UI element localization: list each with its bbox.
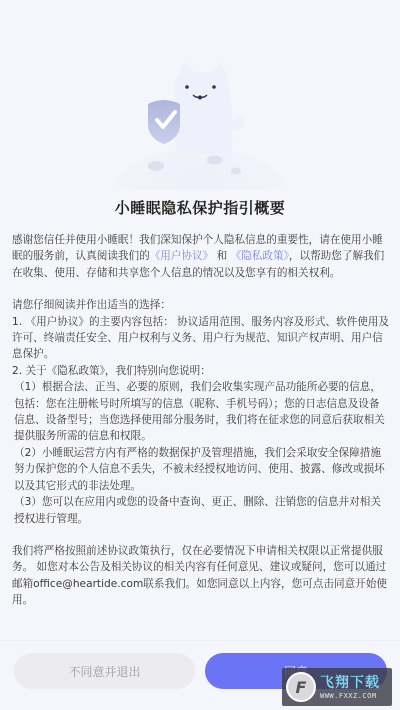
- cat-mascot-icon: [174, 62, 244, 154]
- item-2-2: （2）小睡眠运营方内有严格的数据保护及管理措施，我们会采取安全保障措施努力保护您…: [12, 445, 390, 494]
- closing-paragraph: 我们将严格按照前述协议政策执行，仅在必要情况下申请相关权限以正常提供服务。 如您…: [12, 543, 390, 609]
- watermark-url: WWW.FXXZ.COM: [320, 692, 380, 700]
- page-title: 小睡眠隐私保护指引概要: [0, 197, 400, 218]
- decline-and-exit-button[interactable]: 不同意并退出: [14, 653, 195, 689]
- item-2: 2. 关于《隐私政策》，我们特别向您说明：: [12, 363, 390, 379]
- intro-and: 和: [213, 250, 230, 262]
- moon-icon: [110, 148, 290, 190]
- item-2-1: （1）根据合法、正当、必要的原则，我们会收集实现产品功能所必要的信息，包括：您在…: [12, 379, 390, 445]
- hero-illustration: [0, 0, 400, 190]
- watermark-overlay: F 飞翔下载 WWW.FXXZ.COM: [282, 668, 392, 706]
- user-agreement-link[interactable]: 《用户协议》: [150, 250, 214, 262]
- watermark-logo-icon: F: [286, 672, 316, 702]
- intro-paragraph: 感谢您信任并使用小睡眠！我们深知保护个人隐私信息的重要性，请在使用小睡眠的服务前…: [12, 232, 390, 281]
- privacy-content[interactable]: 感谢您信任并使用小睡眠！我们深知保护个人隐私信息的重要性，请在使用小睡眠的服务前…: [12, 232, 390, 609]
- privacy-guide-screen: 小睡眠隐私保护指引概要 感谢您信任并使用小睡眠！我们深知保护个人隐私信息的重要性…: [0, 0, 400, 710]
- prompt-text: 请您仔细阅读并作出适当的选择：: [12, 297, 390, 313]
- item-1: 1. 《用户协议》的主要内容包括： 协议适用范围、服务内容及形式、软件使用及许可…: [12, 314, 390, 363]
- footer-divider: [0, 640, 400, 641]
- privacy-policy-link[interactable]: 《隐私政策》: [231, 250, 289, 262]
- item-2-3: （3）您可以在应用内或您的设备中查询、更正、删除、注销您的信息并对相关授权进行管…: [12, 494, 390, 527]
- watermark-title: 飞翔下载: [320, 674, 380, 692]
